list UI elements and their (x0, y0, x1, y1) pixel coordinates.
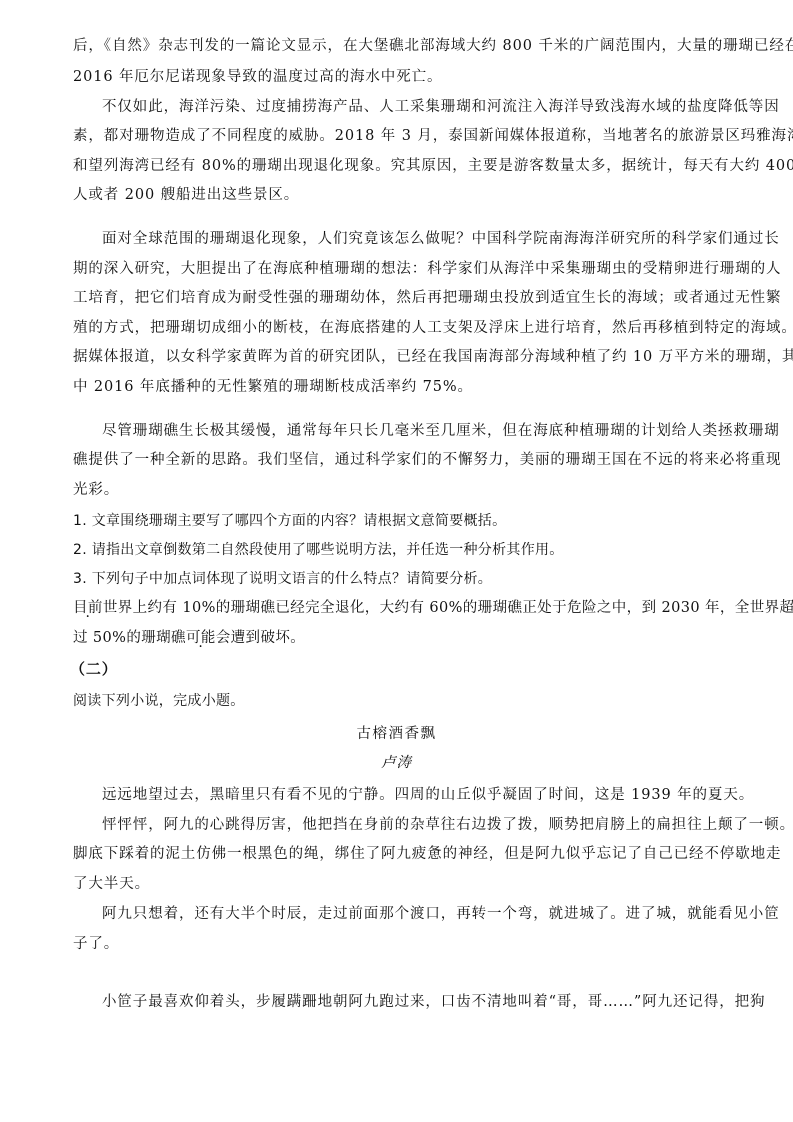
story-line: 了大半天。 (73, 874, 723, 894)
dotted-word: 目前 (73, 598, 103, 618)
article-line: 素，都对珊物造成了不同程度的威胁。2018 年 3 月，泰国新闻媒体报道称，当地… (73, 126, 723, 146)
document-page: 后，《自然》杂志刊发的一篇论文显示，在大堡礁北部海域大约 800 千米的广阔范围… (0, 0, 793, 1122)
quote-text: 过 50%的珊瑚礁 (73, 630, 186, 646)
story-line: 脚底下踩着的泥土仿佛一根黑色的绳，绑住了阿九疲惫的神经，但是阿九似乎忘记了自己已… (73, 844, 723, 864)
quote-text: 世界上约有 10%的珊瑚礁已经完全退化，大约有 60%的珊瑚礁正处于危险之中，到… (103, 600, 793, 616)
story-line: 子了。 (73, 934, 723, 954)
article-line: 中 2016 年底播种的无性繁殖的珊瑚断枝成活率约 75%。 (73, 377, 723, 397)
story-line: 怦怦怦，阿九的心跳得厉害，他把挡在身前的杂草往右边拨了拨，顺势把肩膀上的扁担往上… (102, 815, 723, 835)
article-line: 2016 年厄尔尼诺现象导致的温度过高的海水中死亡。 (73, 67, 723, 87)
article-line: 礁提供了一种全新的思路。我们坚信，通过科学家们的不懈努力，美丽的珊瑚王国在不远的… (73, 450, 723, 470)
article-line: 尽管珊瑚礁生长极其缓慢，通常每年只长几毫米至几厘米，但在海底种植珊瑚的计划给人类… (102, 421, 723, 441)
article-line: 殖的方式，把珊瑚切成细小的断枝，在海底搭建的人工支架及浮床上进行培育，然后再移植… (73, 318, 723, 338)
question-3: 3. 下列句子中加点词体现了说明文语言的什么特点？请简要分析。 (73, 569, 723, 589)
article-line: 光彩。 (73, 480, 723, 500)
question-2: 2. 请指出文章倒数第二自然段使用了哪些说明方法，并任选一种分析其作用。 (73, 540, 723, 560)
quote-line-1: 目前世界上约有 10%的珊瑚礁已经完全退化，大约有 60%的珊瑚礁正处于危险之中… (73, 598, 723, 618)
section-instruction: 阅读下列小说，完成小题。 (73, 691, 723, 711)
article-line: 工培育，把它们培育成为耐受性强的珊瑚幼体，然后再把珊瑚虫投放到适宜生长的海域；或… (73, 288, 723, 308)
section-heading: （二） (70, 659, 720, 679)
story-author: 卢涛 (0, 753, 793, 773)
quote-text: 会遭到破坏。 (216, 630, 305, 646)
article-line: 人或者 200 艘船进出这些景区。 (73, 185, 723, 205)
article-line: 和望列海湾已经有 80%的珊瑚出现退化现象。究其原因，主要是游客数量太多，据统计… (73, 156, 723, 176)
article-line: 后，《自然》杂志刊发的一篇论文显示，在大堡礁北部海域大约 800 千米的广阔范围… (73, 36, 723, 56)
story-line: 小笸子最喜欢仰着头，步履蹒跚地朝阿九跑过来，口齿不清地叫着“哥，哥……”阿九还记… (102, 992, 723, 1012)
quote-line-2: 过 50%的珊瑚礁可能会遭到破坏。 (73, 628, 723, 648)
story-line: 阿九只想着，还有大半个时辰，走过前面那个渡口，再转一个弯，就进城了。进了城，就能… (102, 904, 723, 924)
story-line: 远远地望过去，黑暗里只有看不见的宁静。四周的山丘似乎凝固了时间，这是 1939 … (102, 785, 723, 805)
dotted-word: 可能 (186, 628, 216, 648)
article-line: 期的深入研究，大胆提出了在海底种植珊瑚的想法：科学家们从海洋中采集珊瑚虫的受精卵… (73, 259, 723, 279)
article-line: 据媒体报道，以女科学家黄晖为首的研究团队，已经在我国南海部分海域种植了约 10 … (73, 347, 723, 367)
article-line: 面对全球范围的珊瑚退化现象，人们究竟该怎么做呢？中国科学院南海海洋研究所的科学家… (102, 229, 723, 249)
question-1: 1. 文章围绕珊瑚主要写了哪四个方面的内容？请根据文意简要概括。 (73, 511, 723, 531)
article-line: 不仅如此，海洋污染、过度捕捞海产品、人工采集珊瑚和河流注入海洋导致浅海水域的盐度… (102, 97, 723, 117)
story-title: 古榕酒香飘 (0, 724, 793, 744)
